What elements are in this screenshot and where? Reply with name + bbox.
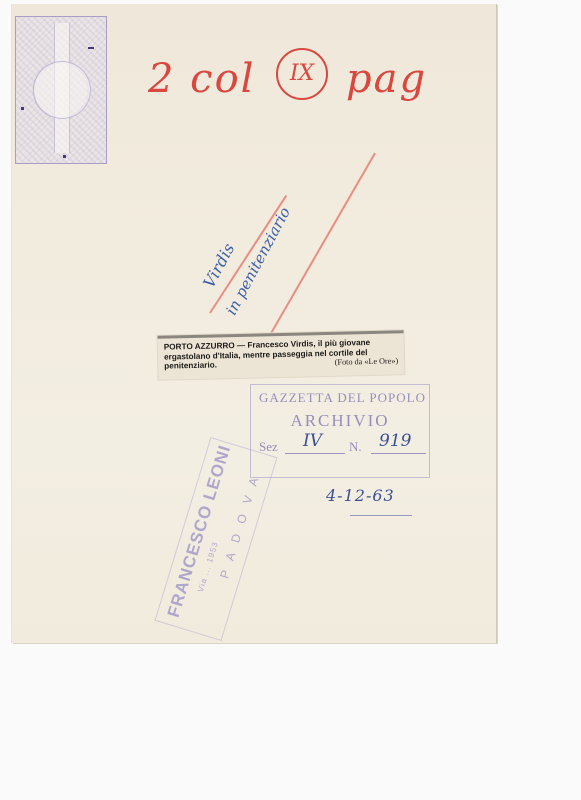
sez-value: IV [303,431,322,451]
red-note-page-label: pag [346,56,427,102]
sez-underline [285,453,345,454]
blue-note-location: in penitenziario [222,204,294,318]
red-pencil-stroke [269,153,376,336]
photographer-stamp: FRANCESCO LEONI Via ... 1953 P A D O V A [154,437,277,641]
stamp-circle [33,61,91,119]
archive-stamp-fields: Sez IV N. 919 [259,439,424,455]
caption-credit: (Foto da «Le Ore») [335,356,399,367]
archive-stamp-title: ARCHIVIO [251,411,429,431]
n-label: N. [349,439,362,455]
date-underline [350,515,412,516]
n-underline [371,453,426,454]
photographer-city: P A D O V A [217,472,262,580]
photo-back-paper: 2 col IX pag Virdis in penitenziario POR… [12,4,497,643]
photographer-name: FRANCESCO LEONI [164,443,236,620]
n-value: 919 [379,431,411,451]
handwritten-date: 4-12-63 [326,486,395,505]
archive-stamp-newspaper: GAZZETTA DEL POPOLO [259,390,426,406]
blue-note-name: Virdis [199,240,238,291]
corner-stamp [15,16,107,164]
ink-mark [63,155,66,158]
ink-mark [21,107,24,110]
red-pencil-note: 2 col IX pag [148,46,468,126]
red-note-circled-page: IX [276,48,328,100]
newspaper-caption-clipping: PORTO AZZURRO — Francesco Virdis, il più… [158,330,405,380]
ink-mark [88,47,94,49]
red-note-columns: 2 col [148,56,255,102]
archive-stamp: GAZZETTA DEL POPOLO ARCHIVIO Sez IV N. 9… [250,384,430,478]
